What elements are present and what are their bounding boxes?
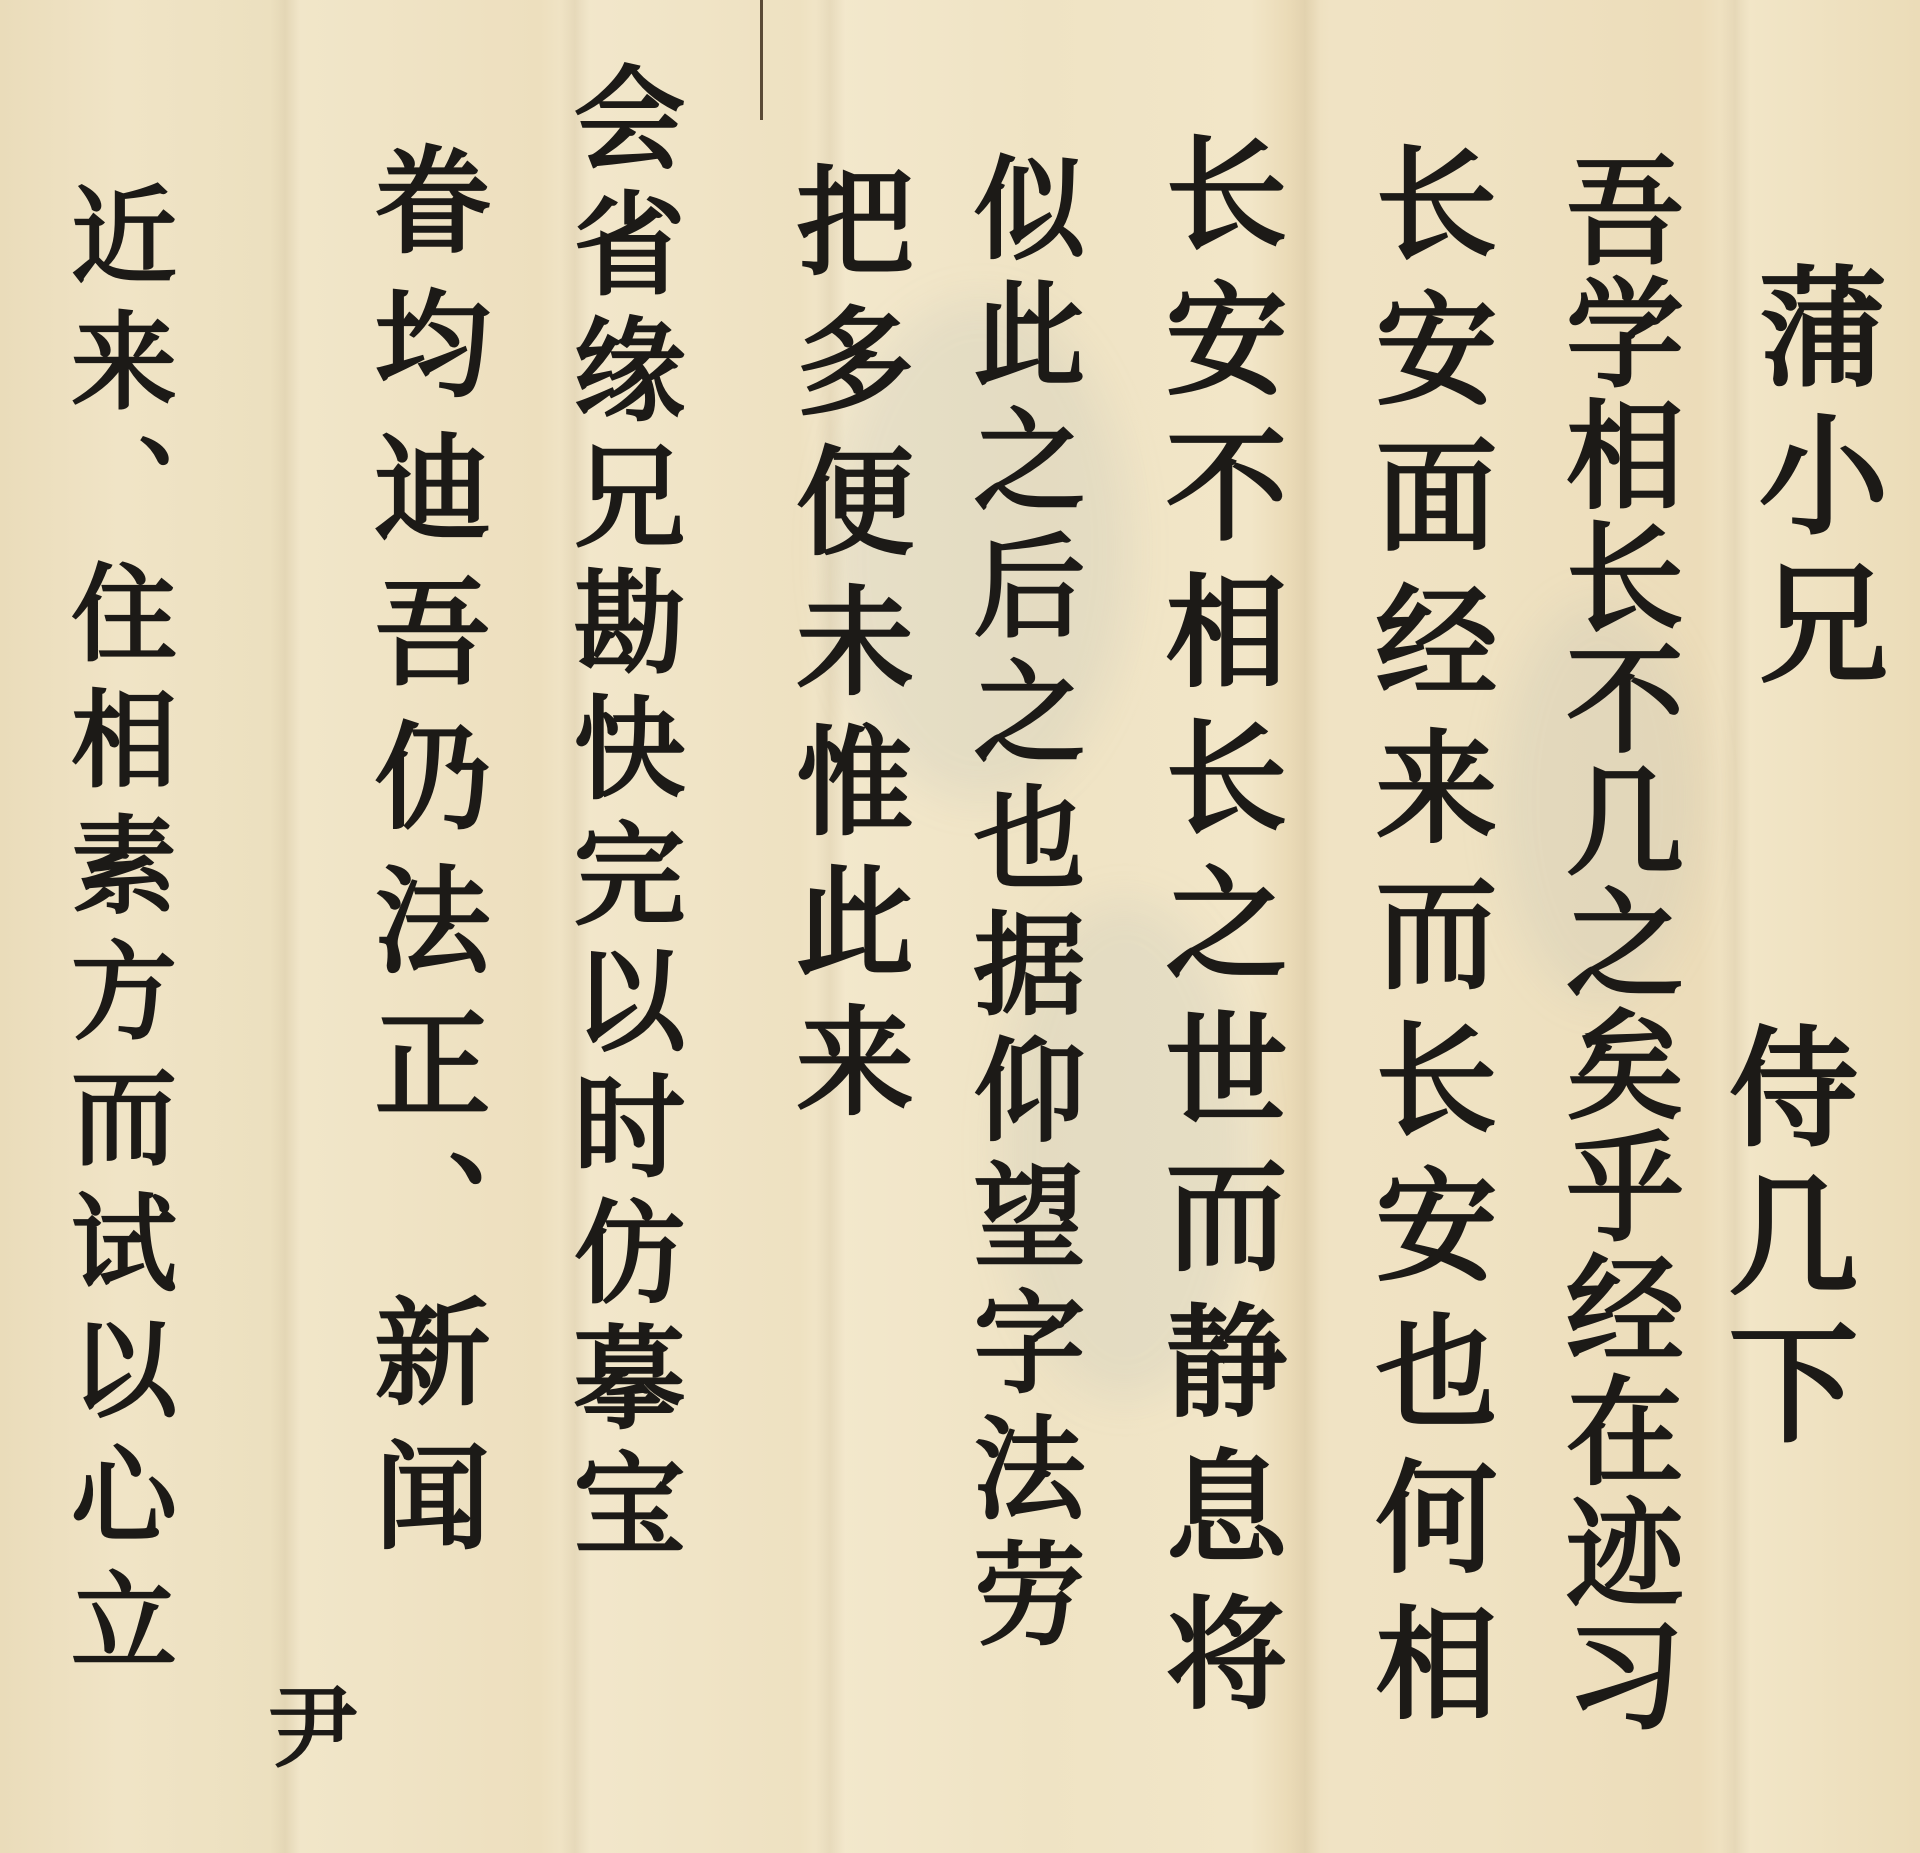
column-4: 长安不相长之世而静息将: [1130, 130, 1305, 1736]
column-9: 近来、住相素方而试以心立: [40, 180, 192, 1692]
column-3: 长安面经来而长安也何相: [1340, 140, 1515, 1746]
column-5: 似此之后之也据仰望字法劳: [940, 150, 1101, 1662]
ink-stroke-mark: [760, 0, 763, 120]
column-8: 眷均迪吾仍法正、新闻: [340, 140, 507, 1580]
column-7: 会省缘兄勘快完以时仿摹宝: [540, 60, 701, 1572]
column-salutation: 蒲小兄: [1720, 260, 1907, 704]
paper-fold: [270, 0, 300, 1853]
column-8-tail: 尹: [240, 1680, 370, 1788]
column-6: 把多便未惟此来: [760, 160, 930, 1140]
column-2: 吾学相长不几之矣乎经在迹习: [1530, 150, 1700, 1736]
manuscript-paper: 蒲小兄 侍几下 吾学相长不几之矣乎经在迹习 长安面经来而长安也何相 长安不相长之…: [0, 0, 1920, 1853]
column-salutation-tail: 侍几下: [1690, 1020, 1877, 1464]
